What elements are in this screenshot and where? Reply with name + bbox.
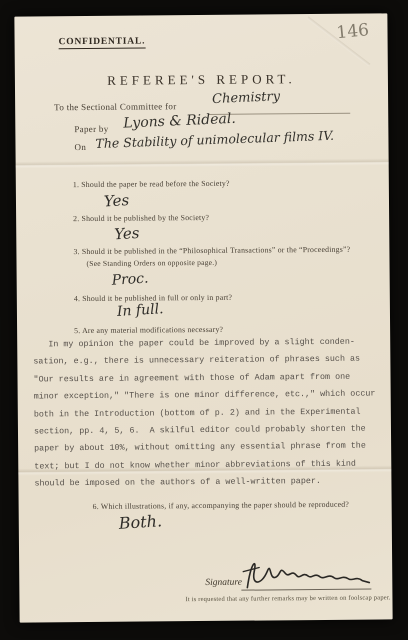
report-paper: CONFIDENTIAL. 146 REFEREE'S REPORT. To t…: [14, 13, 392, 622]
answer-6-handwriting: Both.: [118, 511, 162, 533]
answer-4-handwriting: In full.: [116, 301, 163, 320]
committee-label: To the Sectional Committee for: [54, 101, 176, 112]
footer-instruction: It is requested that any further remarks…: [185, 594, 390, 603]
answer-3-handwriting: Proc.: [111, 271, 149, 289]
answer-1-handwriting: Yes: [103, 191, 129, 211]
fold-crease-upper: [16, 158, 389, 168]
question-5: 5. Are any material modifications necess…: [74, 325, 223, 335]
page-number: 146: [336, 20, 370, 43]
confidential-stamp: CONFIDENTIAL.: [59, 36, 146, 49]
question-3-note: (See Standing Orders on opposite page.): [86, 258, 217, 268]
on-label: On: [74, 142, 86, 152]
typed-response: In my opinion the paper could be improve…: [33, 333, 384, 493]
question-1: 1. Should the paper be read before the S…: [73, 179, 230, 189]
photo-background: CONFIDENTIAL. 146 REFEREE'S REPORT. To t…: [0, 0, 408, 640]
signature-scrawl: [239, 548, 377, 595]
signature-label: Signature: [205, 578, 242, 588]
question-2: 2. Should it be published by the Society…: [73, 213, 209, 223]
committee-value-handwriting: Chemistry: [212, 89, 281, 107]
question-3: 3. Should it be published in the “Philos…: [73, 245, 350, 256]
paper-by-label: Paper by: [74, 124, 108, 134]
report-title: REFEREE'S REPORT.: [15, 70, 388, 89]
paper-by-value-handwriting: Lyons & Rideal.: [123, 111, 236, 132]
answer-2-handwriting: Yes: [114, 224, 140, 244]
question-6: 6. Which illustrations, if any, accompan…: [93, 500, 349, 511]
